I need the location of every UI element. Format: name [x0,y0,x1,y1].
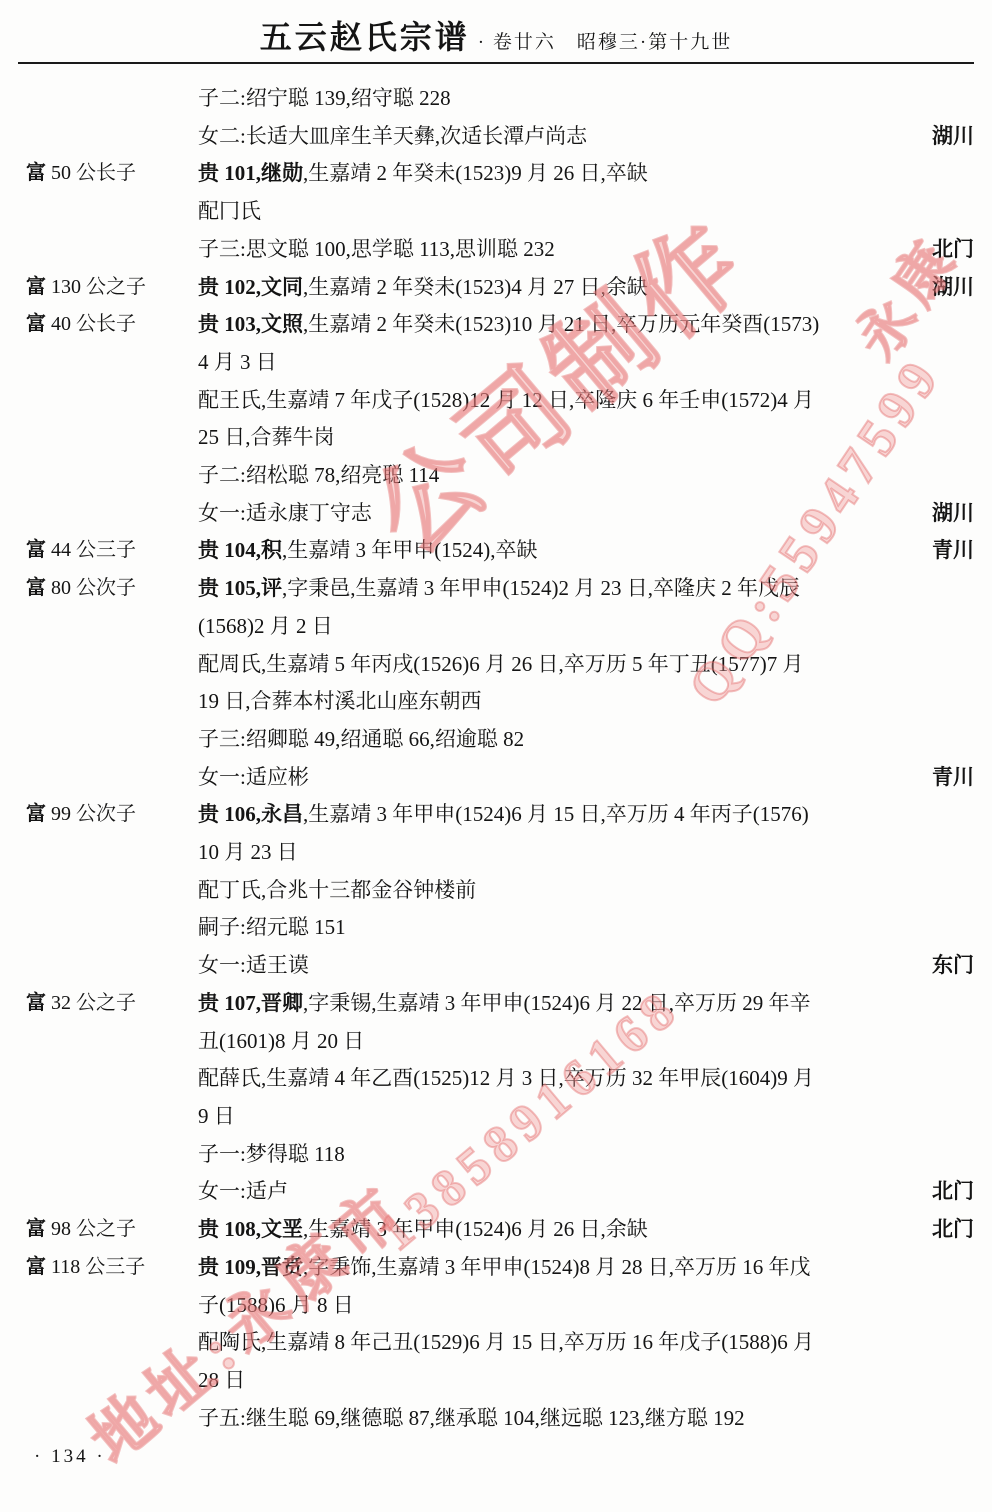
generation-label: 富 50 公长子 [0,155,198,193]
generation-label [0,193,198,231]
entry-text: 10 月 23 日 [198,840,298,864]
entry-line: 贵 101,继勋,生嘉靖 2 年癸未(1523)9 月 26 日,卒缺 [198,155,992,193]
entry-text: ,生嘉靖 2 年癸未(1523)10 月 21 日,卒万历元年癸酉(1573) [303,312,819,336]
generation-label [0,834,198,872]
genealogy-row: 女一:适永康丁守志湖川 [0,495,992,533]
person-name: 贵 101,继勋 [198,161,303,185]
genealogy-row: 配薛氏,生嘉靖 4 年乙酉(1525)12 月 3 日,卒万历 32 年甲辰(1… [0,1060,992,1098]
person-name: 贵 106,永昌 [198,802,303,826]
generation-label [0,118,198,156]
entry-line: 嗣子:绍元聪 151 [198,909,992,947]
location-label: 东门 [932,947,974,985]
genealogy-row: 配陶氏,生嘉靖 8 年己丑(1529)6 月 15 日,卒万历 16 年戊子(1… [0,1324,992,1362]
entry-text: 女二:长适大皿庠生羊天彝,次适长潭卢尚志 [198,124,587,148]
entry-text: 子三:绍卿聪 49,绍通聪 66,绍逾聪 82 [198,727,524,751]
person-name: 贵 104,积 [198,538,282,562]
genealogy-row: 配丁氏,合兆十三都金谷钟楼前 [0,872,992,910]
generation-label [0,1060,198,1098]
entry-text: (1568)2 月 2 日 [198,614,333,638]
entry-line: 贵 102,文同,生嘉靖 2 年癸未(1523)4 月 27 日,余缺 [198,269,992,307]
entry-text: 19 日,合葬本村溪北山座东朝西 [198,689,482,713]
entry-text: 28 日 [198,1368,245,1392]
entry-text: ,生嘉靖 3 年甲申(1524)6 月 26 日,余缺 [303,1217,648,1241]
person-name: 贵 109,晋贲 [198,1255,303,1279]
generation-label [0,683,198,721]
generation-label [0,457,198,495]
person-name: 贵 107,晋卿 [198,991,303,1015]
genealogy-row: 子(1588)6 月 8 日 [0,1287,992,1325]
genealogy-row: 女一:适王谟东门 [0,947,992,985]
genealogy-row: 25 日,合葬牛岗 [0,419,992,457]
entry-line: 女二:长适大皿庠生羊天彝,次适长潭卢尚志 [198,118,992,156]
genealogy-row: 富 99 公次子贵 106,永昌,生嘉靖 3 年甲申(1524)6 月 15 日… [0,796,992,834]
generation-label [0,80,198,118]
entry-text: 配王氏,生嘉靖 7 年戊子(1528)12 月 12 日,卒隆庆 6 年壬申(1… [198,388,814,412]
entry-line: 贵 104,积,生嘉靖 3 年甲申(1524),卒缺 [198,532,992,570]
entry-text: ,字秉锡,生嘉靖 3 年甲申(1524)6 月 22 日,卒万历 29 年辛 [303,991,811,1015]
entry-text: 4 月 3 日 [198,350,277,374]
entry-text: 配冂氏 [198,199,261,223]
genealogy-row: 配王氏,生嘉靖 7 年戊子(1528)12 月 12 日,卒隆庆 6 年壬申(1… [0,382,992,420]
genealogy-row: 富 80 公次子贵 105,评,字秉邑,生嘉靖 3 年甲申(1524)2 月 2… [0,570,992,608]
entry-text: 子一:梦得聪 118 [198,1142,345,1166]
entry-line: 女一:适永康丁守志 [198,495,992,533]
entry-text: 子五:继生聪 69,继德聪 87,继承聪 104,继远聪 123,继方聪 192 [198,1406,745,1430]
person-name: 贵 108,文垩 [198,1217,303,1241]
entry-text: ,生嘉靖 2 年癸未(1523)4 月 27 日,余缺 [303,275,648,299]
entry-text: 配陶氏,生嘉靖 8 年己丑(1529)6 月 15 日,卒万历 16 年戊子(1… [198,1330,814,1354]
generation-label: 富 32 公之子 [0,985,198,1023]
entry-text: ,生嘉靖 2 年癸未(1523)9 月 26 日,卒缺 [303,161,648,185]
entry-line: 配周氏,生嘉靖 5 年丙戌(1526)6 月 26 日,卒万历 5 年丁丑(15… [198,646,992,684]
entry-line: 女一:适应彬 [198,759,992,797]
entry-line: 25 日,合葬牛岗 [198,419,992,457]
generation-label [0,1136,198,1174]
location-label: 北门 [932,1211,974,1249]
generation-label [0,495,198,533]
entry-text: 配周氏,生嘉靖 5 年丙戌(1526)6 月 26 日,卒万历 5 年丁丑(15… [198,652,803,676]
location-label: 青川 [932,532,974,570]
entry-line: 女一:适王谟 [198,947,992,985]
entry-line: 9 日 [198,1098,992,1136]
genealogy-row: 28 日 [0,1362,992,1400]
genealogy-row: 富 50 公长子贵 101,继勋,生嘉靖 2 年癸未(1523)9 月 26 日… [0,155,992,193]
entry-line: 子二:绍宁聪 139,绍守聪 228 [198,80,992,118]
generation-label [0,1362,198,1400]
generation-label: 富 130 公之子 [0,269,198,307]
generation-label [0,231,198,269]
entry-text: 子三:思文聪 100,思学聪 113,思训聪 232 [198,237,555,261]
entry-line: 19 日,合葬本村溪北山座东朝西 [198,683,992,721]
entry-text: 子二:绍松聪 78,绍亮聪 114 [198,463,439,487]
volume-subtitle: · 卷廿六 昭穆三·第十九世 [478,32,732,53]
entry-text: 女一:适应彬 [198,765,309,789]
entry-line: 贵 108,文垩,生嘉靖 3 年甲申(1524)6 月 26 日,余缺 [198,1211,992,1249]
page-number: · 134 · [34,1446,106,1468]
generation-label [0,909,198,947]
entry-line: 子二:绍松聪 78,绍亮聪 114 [198,457,992,495]
generation-label [0,646,198,684]
entry-text: 子(1588)6 月 8 日 [198,1293,354,1317]
genealogy-row: 配周氏,生嘉靖 5 年丙戌(1526)6 月 26 日,卒万历 5 年丁丑(15… [0,646,992,684]
genealogy-row: 子二:绍宁聪 139,绍守聪 228 [0,80,992,118]
genealogy-row: 19 日,合葬本村溪北山座东朝西 [0,683,992,721]
generation-label [0,1173,198,1211]
entry-line: 子(1588)6 月 8 日 [198,1287,992,1325]
genealogy-row: 富 98 公之子贵 108,文垩,生嘉靖 3 年甲申(1524)6 月 26 日… [0,1211,992,1249]
entry-text: ,生嘉靖 3 年甲申(1524)6 月 15 日,卒万历 4 年丙子(1576) [303,802,809,826]
entry-text: 女一:适永康丁守志 [198,501,372,525]
entry-line: 子一:梦得聪 118 [198,1136,992,1174]
generation-label [0,1098,198,1136]
entry-text: 配丁氏,合兆十三都金谷钟楼前 [198,878,476,902]
location-label: 湖川 [932,118,974,156]
entry-line: 子三:绍卿聪 49,绍通聪 66,绍逾聪 82 [198,721,992,759]
genealogy-row: 子三:思文聪 100,思学聪 113,思训聪 232北门 [0,231,992,269]
generation-label [0,1400,198,1438]
entry-text: 嗣子:绍元聪 151 [198,915,346,939]
header-divider [18,62,974,64]
generation-label [0,608,198,646]
generation-label [0,1324,198,1362]
entry-line: 配冂氏 [198,193,992,231]
genealogy-row: 富 130 公之子贵 102,文同,生嘉靖 2 年癸未(1523)4 月 27 … [0,269,992,307]
book-title: 五云赵氏宗谱 [260,19,470,55]
entry-line: 配陶氏,生嘉靖 8 年己丑(1529)6 月 15 日,卒万历 16 年戊子(1… [198,1324,992,1362]
generation-label: 富 44 公三子 [0,532,198,570]
genealogy-row: 富 40 公长子贵 103,文照,生嘉靖 2 年癸未(1523)10 月 21 … [0,306,992,344]
generation-label: 富 98 公之子 [0,1211,198,1249]
entry-text: 女一:适王谟 [198,953,309,977]
entry-line: 贵 109,晋贲,字秉饰,生嘉靖 3 年甲申(1524)8 月 28 日,卒万历… [198,1249,992,1287]
person-name: 贵 102,文同 [198,275,303,299]
entry-line: (1568)2 月 2 日 [198,608,992,646]
entry-line: 贵 107,晋卿,字秉锡,生嘉靖 3 年甲申(1524)6 月 22 日,卒万历… [198,985,992,1023]
genealogy-row: 9 日 [0,1098,992,1136]
entry-line: 贵 105,评,字秉邑,生嘉靖 3 年甲申(1524)2 月 23 日,卒隆庆 … [198,570,992,608]
content-rows: 子二:绍宁聪 139,绍守聪 228女二:长适大皿庠生羊天彝,次适长潭卢尚志湖川… [0,80,992,1437]
entry-text: 25 日,合葬牛岗 [198,425,335,449]
genealogy-row: 富 44 公三子贵 104,积,生嘉靖 3 年甲申(1524),卒缺青川 [0,532,992,570]
page-header: 五云赵氏宗谱· 卷廿六 昭穆三·第十九世 [0,12,992,58]
entry-line: 4 月 3 日 [198,344,992,382]
entry-line: 配王氏,生嘉靖 7 年戊子(1528)12 月 12 日,卒隆庆 6 年壬申(1… [198,382,992,420]
genealogy-row: 子一:梦得聪 118 [0,1136,992,1174]
generation-label: 富 40 公长子 [0,306,198,344]
genealogy-row: 女二:长适大皿庠生羊天彝,次适长潭卢尚志湖川 [0,118,992,156]
entry-line: 28 日 [198,1362,992,1400]
entry-text: ,字秉邑,生嘉靖 3 年甲申(1524)2 月 23 日,卒隆庆 2 年戊辰 [282,576,800,600]
entry-text: 子二:绍宁聪 139,绍守聪 228 [198,86,451,110]
generation-label [0,721,198,759]
generation-label: 富 80 公次子 [0,570,198,608]
entry-text: 丑(1601)8 月 20 日 [198,1029,364,1053]
genealogy-row: 丑(1601)8 月 20 日 [0,1023,992,1061]
entry-text: 女一:适卢 [198,1179,288,1203]
generation-label [0,344,198,382]
generation-label [0,759,198,797]
entry-line: 贵 103,文照,生嘉靖 2 年癸未(1523)10 月 21 日,卒万历元年癸… [198,306,992,344]
genealogy-row: 女一:适卢北门 [0,1173,992,1211]
entry-text: 配薛氏,生嘉靖 4 年乙酉(1525)12 月 3 日,卒万历 32 年甲辰(1… [198,1066,814,1090]
genealogy-row: 富 118 公三子贵 109,晋贲,字秉饰,生嘉靖 3 年甲申(1524)8 月… [0,1249,992,1287]
location-label: 湖川 [932,269,974,307]
generation-label: 富 99 公次子 [0,796,198,834]
entry-line: 配薛氏,生嘉靖 4 年乙酉(1525)12 月 3 日,卒万历 32 年甲辰(1… [198,1060,992,1098]
person-name: 贵 103,文照 [198,312,303,336]
entry-line: 子五:继生聪 69,继德聪 87,继承聪 104,继远聪 123,继方聪 192 [198,1400,992,1438]
entry-text: ,字秉饰,生嘉靖 3 年甲申(1524)8 月 28 日,卒万历 16 年戊 [303,1255,811,1279]
entry-line: 子三:思文聪 100,思学聪 113,思训聪 232 [198,231,992,269]
entry-line: 配丁氏,合兆十三都金谷钟楼前 [198,872,992,910]
generation-label: 富 118 公三子 [0,1249,198,1287]
genealogy-row: 子二:绍松聪 78,绍亮聪 114 [0,457,992,495]
location-label: 北门 [932,1173,974,1211]
genealogy-row: 富 32 公之子贵 107,晋卿,字秉锡,生嘉靖 3 年甲申(1524)6 月 … [0,985,992,1023]
generation-label [0,419,198,457]
genealogy-page: 五云赵氏宗谱· 卷廿六 昭穆三·第十九世 子二:绍宁聪 139,绍守聪 228女… [0,0,992,1512]
entry-line: 10 月 23 日 [198,834,992,872]
entry-line: 丑(1601)8 月 20 日 [198,1023,992,1061]
location-label: 青川 [932,759,974,797]
location-label: 湖川 [932,495,974,533]
genealogy-row: 子五:继生聪 69,继德聪 87,继承聪 104,继远聪 123,继方聪 192 [0,1400,992,1438]
entry-text: ,生嘉靖 3 年甲申(1524),卒缺 [282,538,538,562]
genealogy-row: 配冂氏 [0,193,992,231]
genealogy-row: 子三:绍卿聪 49,绍通聪 66,绍逾聪 82 [0,721,992,759]
generation-label [0,947,198,985]
person-name: 贵 105,评 [198,576,282,600]
genealogy-row: 10 月 23 日 [0,834,992,872]
entry-line: 贵 106,永昌,生嘉靖 3 年甲申(1524)6 月 15 日,卒万历 4 年… [198,796,992,834]
generation-label [0,872,198,910]
entry-text: 9 日 [198,1104,235,1128]
generation-label [0,1023,198,1061]
genealogy-row: 女一:适应彬青川 [0,759,992,797]
entry-line: 女一:适卢 [198,1173,992,1211]
genealogy-row: (1568)2 月 2 日 [0,608,992,646]
genealogy-row: 4 月 3 日 [0,344,992,382]
generation-label [0,1287,198,1325]
genealogy-row: 嗣子:绍元聪 151 [0,909,992,947]
location-label: 北门 [932,231,974,269]
generation-label [0,382,198,420]
